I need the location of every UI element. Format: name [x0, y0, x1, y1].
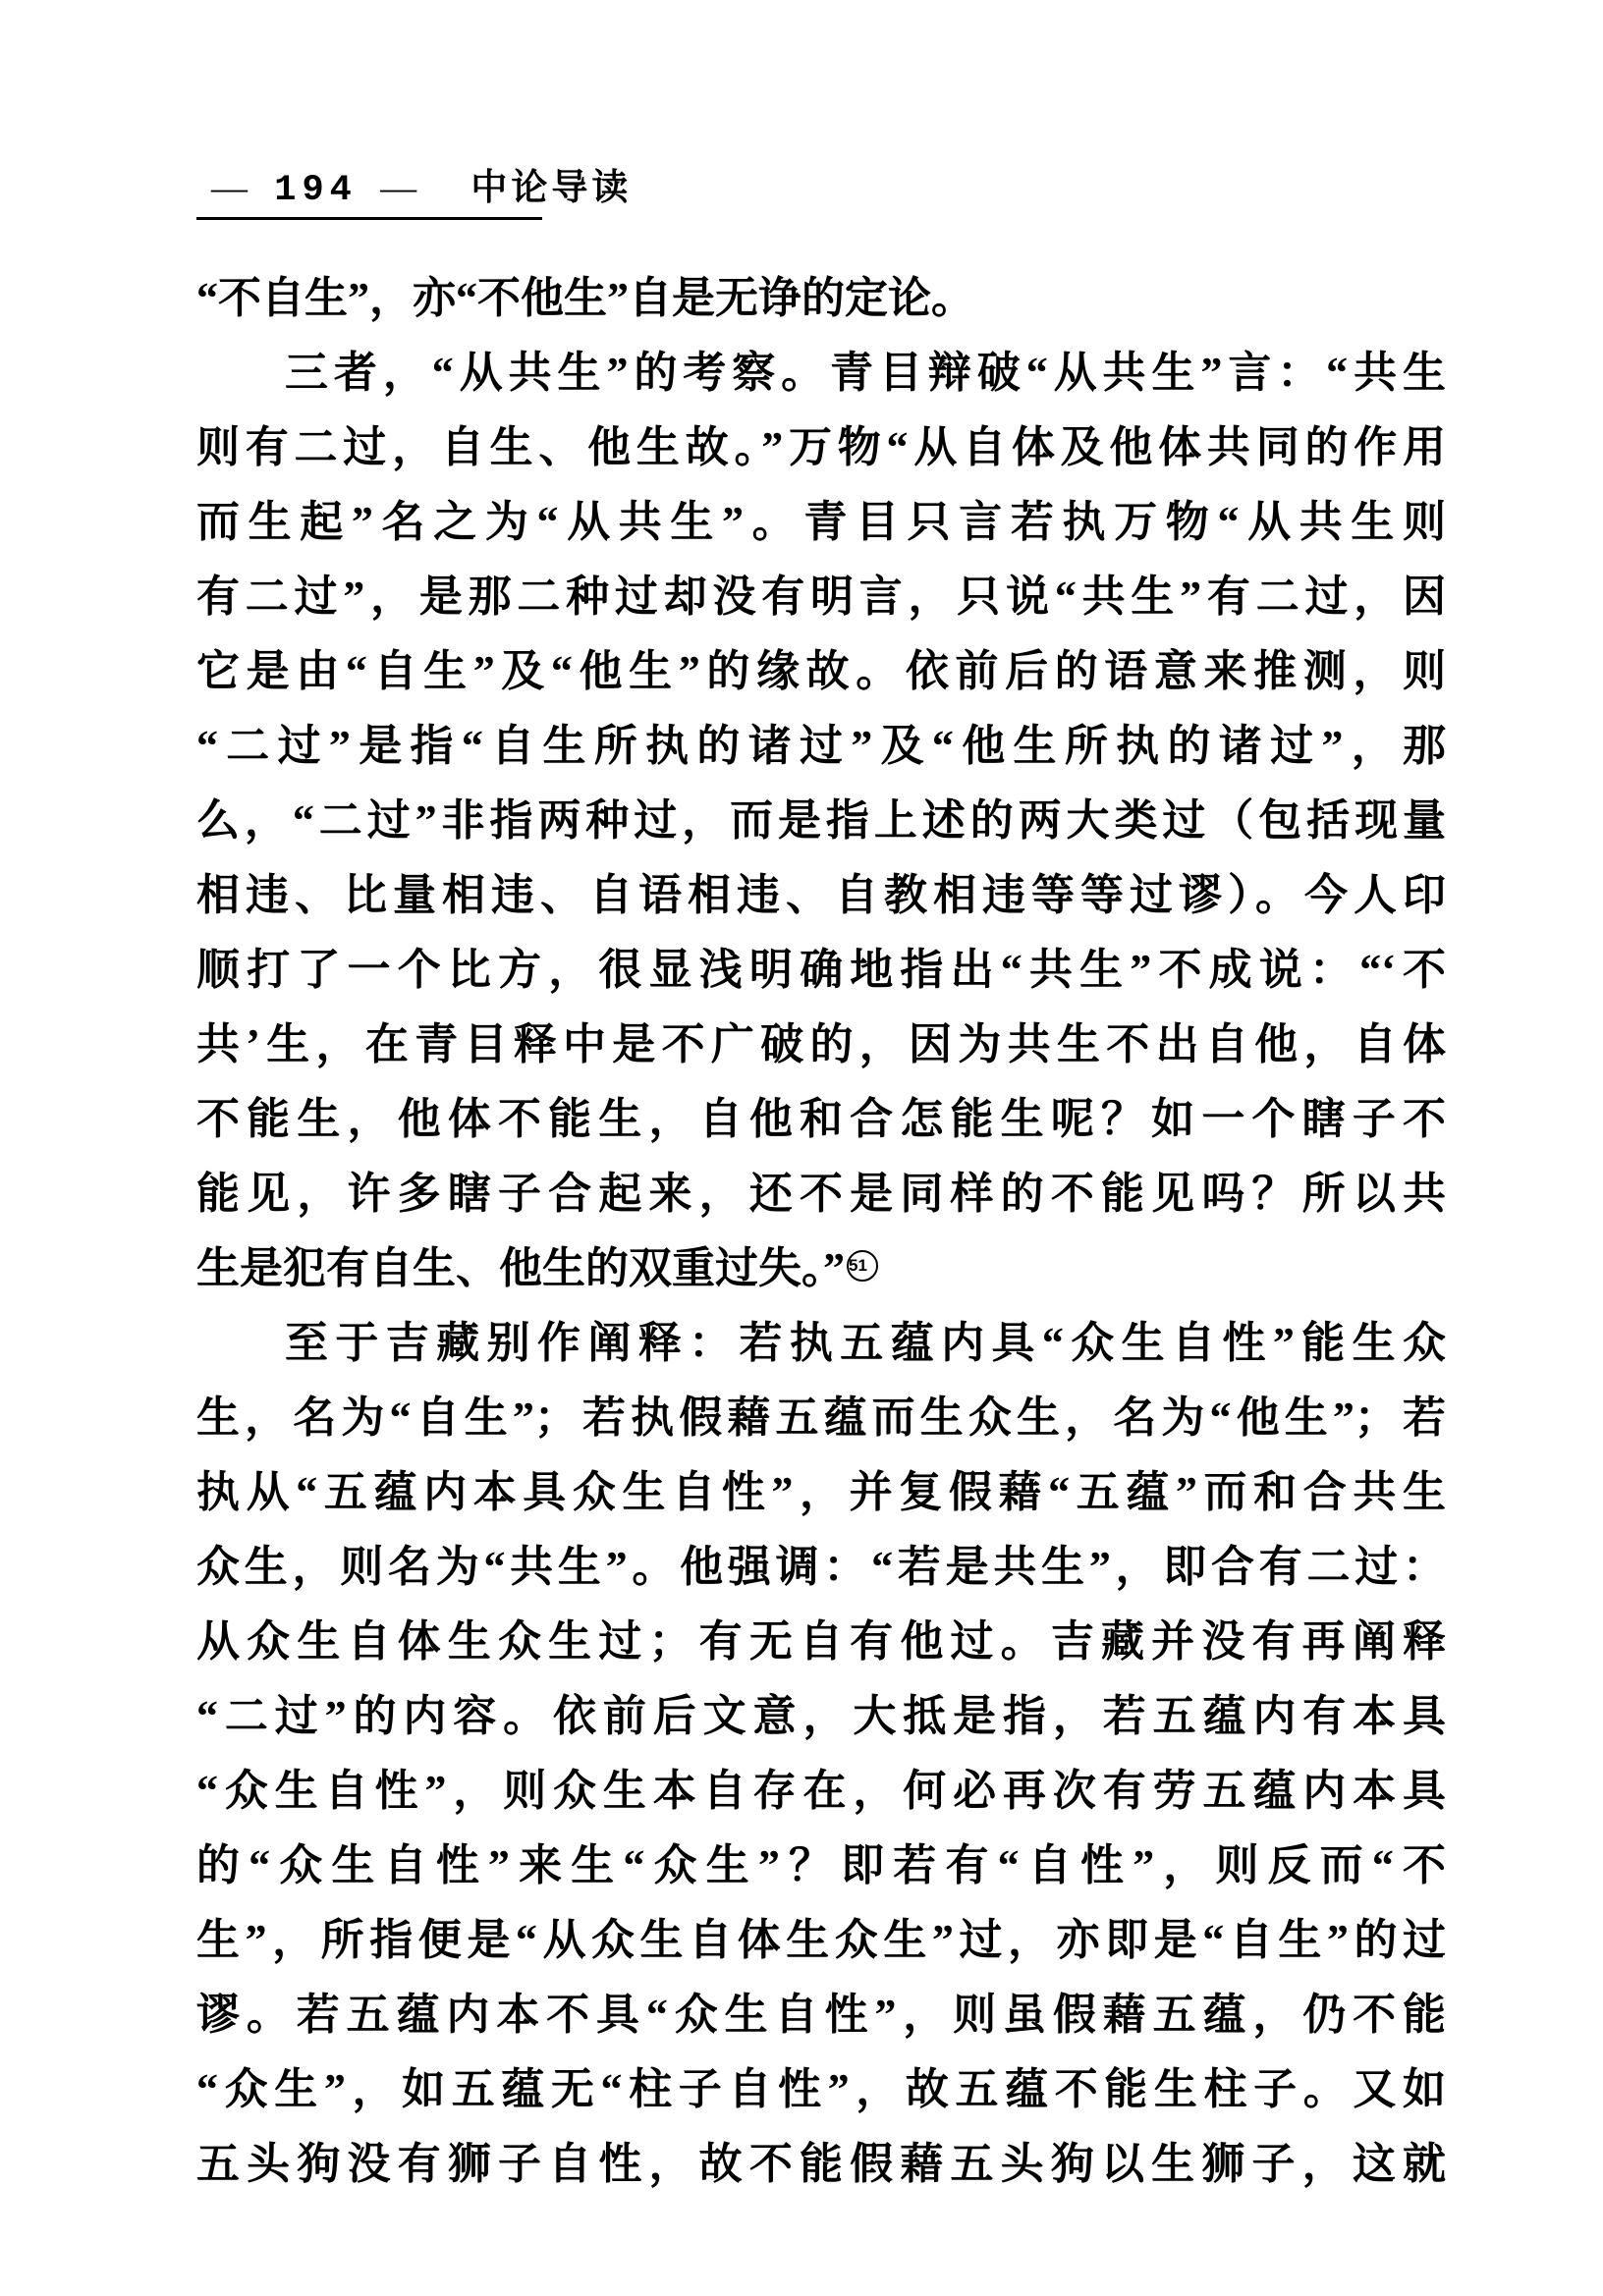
header-underline — [196, 217, 542, 220]
body-text: “不自生”，亦“不他生”自是无诤的定论。 三者，“从共生”的考察。青目辩破“从共… — [196, 261, 1446, 2202]
text-line-12: 不能生，他体不能生，自他和合怎能生呢？如一个瞎子不 — [196, 1082, 1446, 1157]
text-line-15: 至于吉藏别作阐释：若执五蕴内具“众生自性”能生众 — [196, 1306, 1446, 1381]
text-line-14: 生是犯有自生、他生的双重过失。”51 — [196, 1231, 1446, 1306]
text-line-23: 生”，所指便是“从众生自体生众生”过，亦即是“自生”的过 — [196, 1903, 1446, 1978]
text-line-26: 五头狗没有狮子自性，故不能假藉五头狗以生狮子，这就 — [196, 2127, 1446, 2202]
page-header: — 194 — 中论导读 — [201, 157, 632, 211]
text-line-6: 它是由“自生”及“他生”的缘故。依前后的语意来推测，则 — [196, 634, 1446, 709]
text-line-11: 共’生，在青目释中是不广破的，因为共生不出自他，自体 — [196, 1008, 1446, 1082]
text-line-22: 的“众生自性”来生“众生”？即若有“自性”，则反而“不 — [196, 1829, 1446, 1903]
text-line-8: 么，“二过”非指两种过，而是指上述的两大类过（包括现量 — [196, 784, 1446, 858]
text-line-18: 众生，则名为“共生”。他强调：“若是共生”，即合有二过： — [196, 1530, 1446, 1605]
text-line-16: 生，名为“自生”；若执假藉五蕴而生众生，名为“他生”；若 — [196, 1381, 1446, 1455]
page: — 194 — 中论导读 “不自生”，亦“不他生”自是无诤的定论。 三者，“从共… — [0, 0, 1603, 2296]
header-dash-left: — — [211, 168, 251, 208]
text-line-24: 谬。若五蕴内本不具“众生自性”，则虽假藉五蕴，仍不能 — [196, 1978, 1446, 2052]
text-line-2: 三者，“从共生”的考察。青目辩破“从共生”言：“共生 — [196, 336, 1446, 410]
page-number: 194 — [274, 170, 358, 211]
text-line-3: 则有二过，自生、他生故。”万物“从自体及他体共同的作用 — [196, 410, 1446, 485]
text-line-19: 从众生自体生众生过；有无自有他过。吉藏并没有再阐释 — [196, 1605, 1446, 1679]
text-line-14-text: 生是犯有自生、他生的双重过失。” — [196, 1244, 845, 1292]
text-line-7: “二过”是指“自生所执的诸过”及“他生所执的诸过”，那 — [196, 709, 1446, 784]
text-line-17: 执从“五蕴内本具众生自性”，并复假藉“五蕴”而和合共生 — [196, 1455, 1446, 1530]
footnote-ref-51: 51 — [847, 1250, 878, 1282]
text-line-1: “不自生”，亦“不他生”自是无诤的定论。 — [196, 261, 1446, 336]
text-line-20: “二过”的内容。依前后文意，大抵是指，若五蕴内有本具 — [196, 1679, 1446, 1754]
text-line-13: 能见，许多瞎子合起来，还不是同样的不能见吗？所以共 — [196, 1157, 1446, 1231]
text-line-21: “众生自性”，则众生本自存在，何必再次有劳五蕴内本具 — [196, 1754, 1446, 1829]
text-line-5: 有二过”，是那二种过却没有明言，只说“共生”有二过，因 — [196, 560, 1446, 634]
text-line-9: 相违、比量相违、自语相违、自教相违等等过谬）。今人印 — [196, 858, 1446, 933]
book-title: 中论导读 — [470, 168, 632, 208]
text-line-10: 顺打了一个比方，很显浅明确地指出“共生”不成说：“‘不 — [196, 933, 1446, 1008]
text-line-25: “众生”，如五蕴无“柱子自性”，故五蕴不能生柱子。又如 — [196, 2052, 1446, 2127]
text-line-4: 而生起”名之为“从共生”。青目只言若执万物“从共生则 — [196, 485, 1446, 560]
header-dash-right: — — [380, 168, 420, 208]
